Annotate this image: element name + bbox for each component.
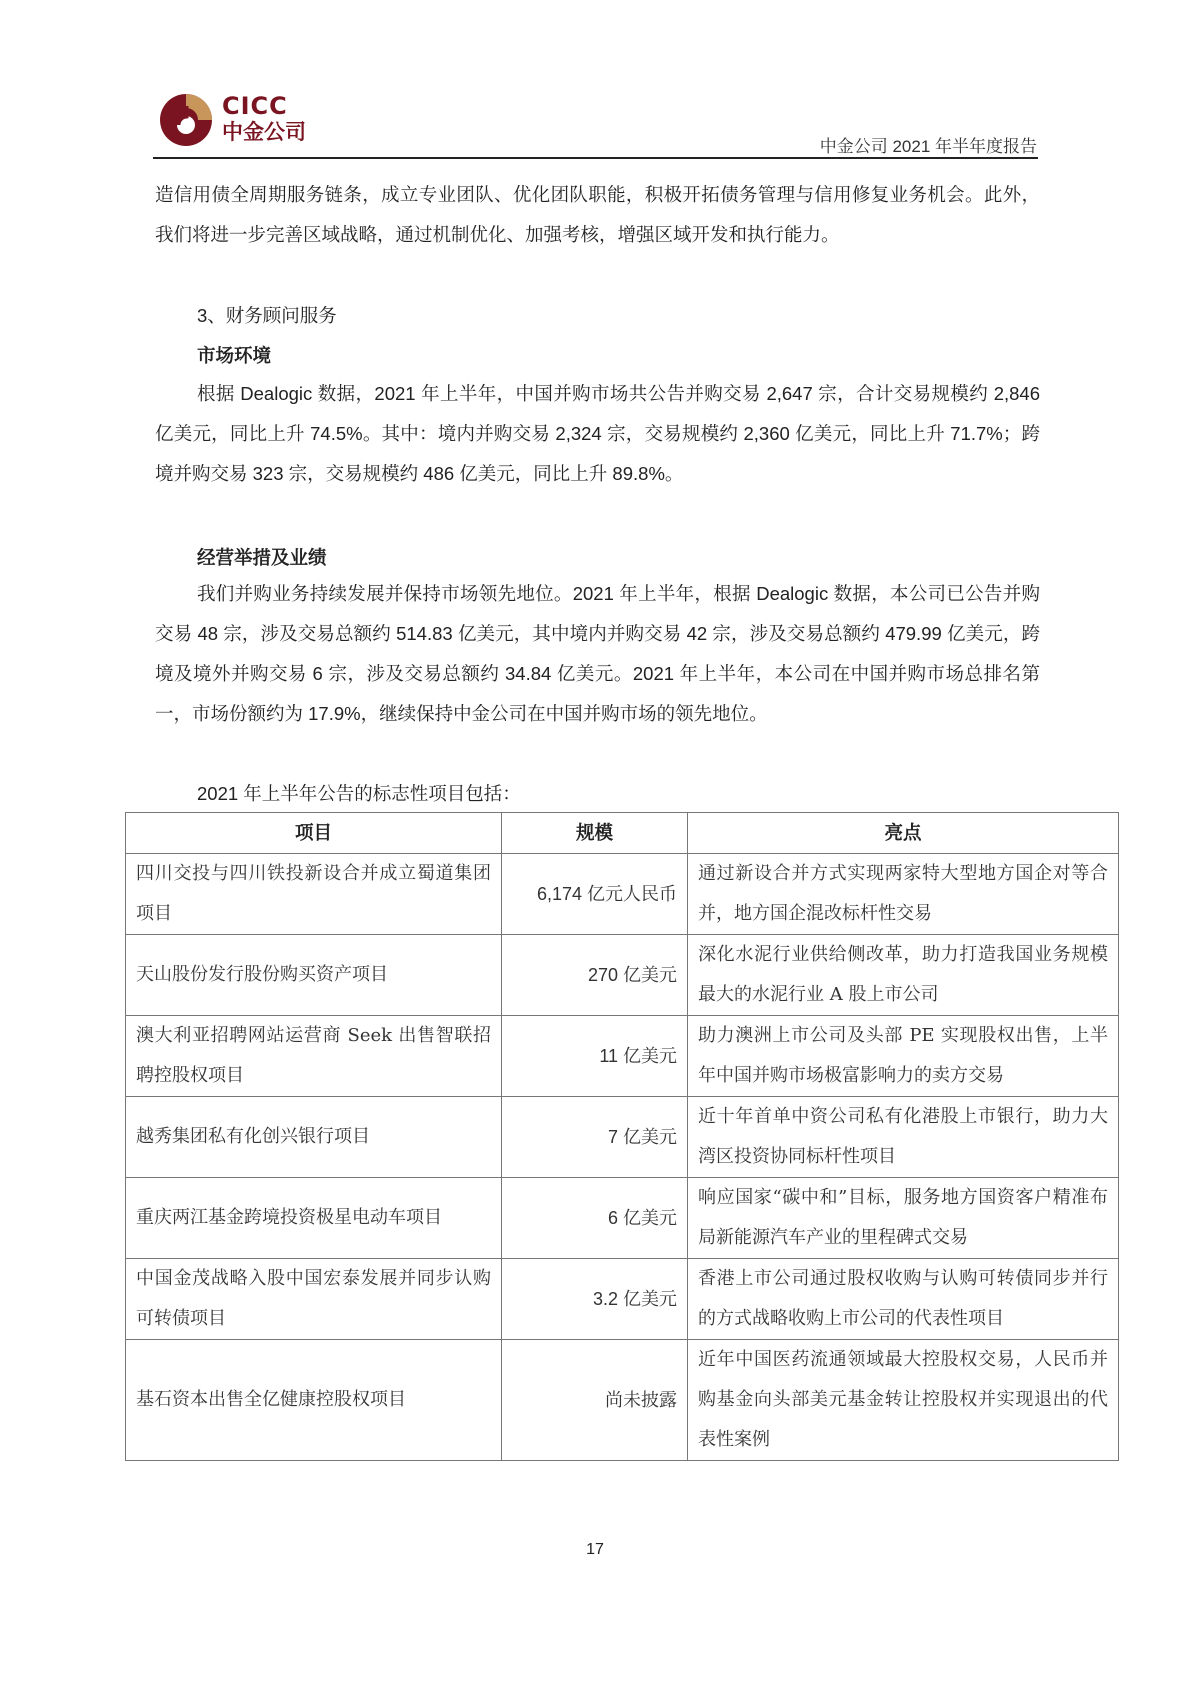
table-header-row: 项目 规模 亮点 (126, 813, 1119, 854)
cell-highlight: 响应国家“碳中和”目标，服务地方国资客户精准布局新能源汽车产业的里程碑式交易 (688, 1178, 1119, 1259)
report-title: 中金公司 2021 年半年度报告 (820, 132, 1037, 157)
cell-scale: 3.2 亿美元 (502, 1259, 688, 1340)
cell-scale: 尚未披露 (502, 1340, 688, 1461)
cell-project: 四川交投与四川铁投新设合并成立蜀道集团项目 (126, 854, 502, 935)
cell-highlight: 近年中国医药流通领域最大控股权交易，人民币并购基金向头部美元基金转让控股权并实现… (688, 1340, 1119, 1461)
table-intro: 2021 年上半年公告的标志性项目包括： (155, 774, 1040, 814)
section-title: 3、财务顾问服务 (197, 302, 337, 328)
table-row: 中国金茂战略入股中国宏泰发展并同步认购可转债项目 3.2 亿美元 香港上市公司通… (126, 1259, 1119, 1340)
cell-highlight: 近十年首单中资公司私有化港股上市银行，助力大湾区投资协同标杆性项目 (688, 1097, 1119, 1178)
table-row: 天山股份发行股份购买资产项目 270 亿美元 深化水泥行业供给侧改革，助力打造我… (126, 935, 1119, 1016)
header-project: 项目 (126, 813, 502, 854)
cell-highlight: 通过新设合并方式实现两家特大型地方国企对等合并，地方国企混改标杆性交易 (688, 854, 1119, 935)
intro-paragraph: 造信用债全周期服务链条，成立专业团队、优化团队职能，积极开拓债务管理与信用修复业… (155, 175, 1040, 255)
cell-project: 重庆两江基金跨境投资极星电动车项目 (126, 1178, 502, 1259)
market-heading: 市场环境 (197, 342, 271, 368)
cicc-logo-mark-icon (158, 92, 214, 148)
table-row: 重庆两江基金跨境投资极星电动车项目 6 亿美元 响应国家“碳中和”目标，服务地方… (126, 1178, 1119, 1259)
cell-highlight: 深化水泥行业供给侧改革，助力打造我国业务规模最大的水泥行业 A 股上市公司 (688, 935, 1119, 1016)
cell-scale: 270 亿美元 (502, 935, 688, 1016)
deals-table: 项目 规模 亮点 四川交投与四川铁投新设合并成立蜀道集团项目 6,174 亿元人… (125, 812, 1119, 1461)
performance-heading: 经营举措及业绩 (197, 544, 327, 570)
cell-highlight: 助力澳洲上市公司及头部 PE 实现股权出售，上半年中国并购市场极富影响力的卖方交… (688, 1016, 1119, 1097)
cell-scale: 11 亿美元 (502, 1016, 688, 1097)
cell-highlight: 香港上市公司通过股权收购与认购可转债同步并行的方式战略收购上市公司的代表性项目 (688, 1259, 1119, 1340)
table-row: 基石资本出售全亿健康控股权项目 尚未披露 近年中国医药流通领域最大控股权交易，人… (126, 1340, 1119, 1461)
cell-scale: 7 亿美元 (502, 1097, 688, 1178)
header-scale: 规模 (502, 813, 688, 854)
header-divider (153, 157, 1038, 159)
cell-project: 天山股份发行股份购买资产项目 (126, 935, 502, 1016)
cell-project: 澳大利亚招聘网站运营商 Seek 出售智联招聘控股权项目 (126, 1016, 502, 1097)
table-row: 澳大利亚招聘网站运营商 Seek 出售智联招聘控股权项目 11 亿美元 助力澳洲… (126, 1016, 1119, 1097)
cell-scale: 6,174 亿元人民币 (502, 854, 688, 935)
logo-text-cn: 中金公司 (222, 120, 306, 144)
logo-text-en: CICC (222, 94, 288, 118)
cell-scale: 6 亿美元 (502, 1178, 688, 1259)
performance-paragraph: 我们并购业务持续发展并保持市场领先地位。2021 年上半年，根据 Dealogi… (155, 574, 1040, 734)
header-highlight: 亮点 (688, 813, 1119, 854)
market-paragraph: 根据 Dealogic 数据，2021 年上半年，中国并购市场共公告并购交易 2… (155, 374, 1040, 494)
cell-project: 基石资本出售全亿健康控股权项目 (126, 1340, 502, 1461)
cell-project: 中国金茂战略入股中国宏泰发展并同步认购可转债项目 (126, 1259, 502, 1340)
cell-project: 越秀集团私有化创兴银行项目 (126, 1097, 502, 1178)
table-row: 四川交投与四川铁投新设合并成立蜀道集团项目 6,174 亿元人民币 通过新设合并… (126, 854, 1119, 935)
cicc-logo: CICC 中金公司 (158, 90, 318, 152)
table-row: 越秀集团私有化创兴银行项目 7 亿美元 近十年首单中资公司私有化港股上市银行，助… (126, 1097, 1119, 1178)
page-number: 17 (0, 1541, 1190, 1559)
